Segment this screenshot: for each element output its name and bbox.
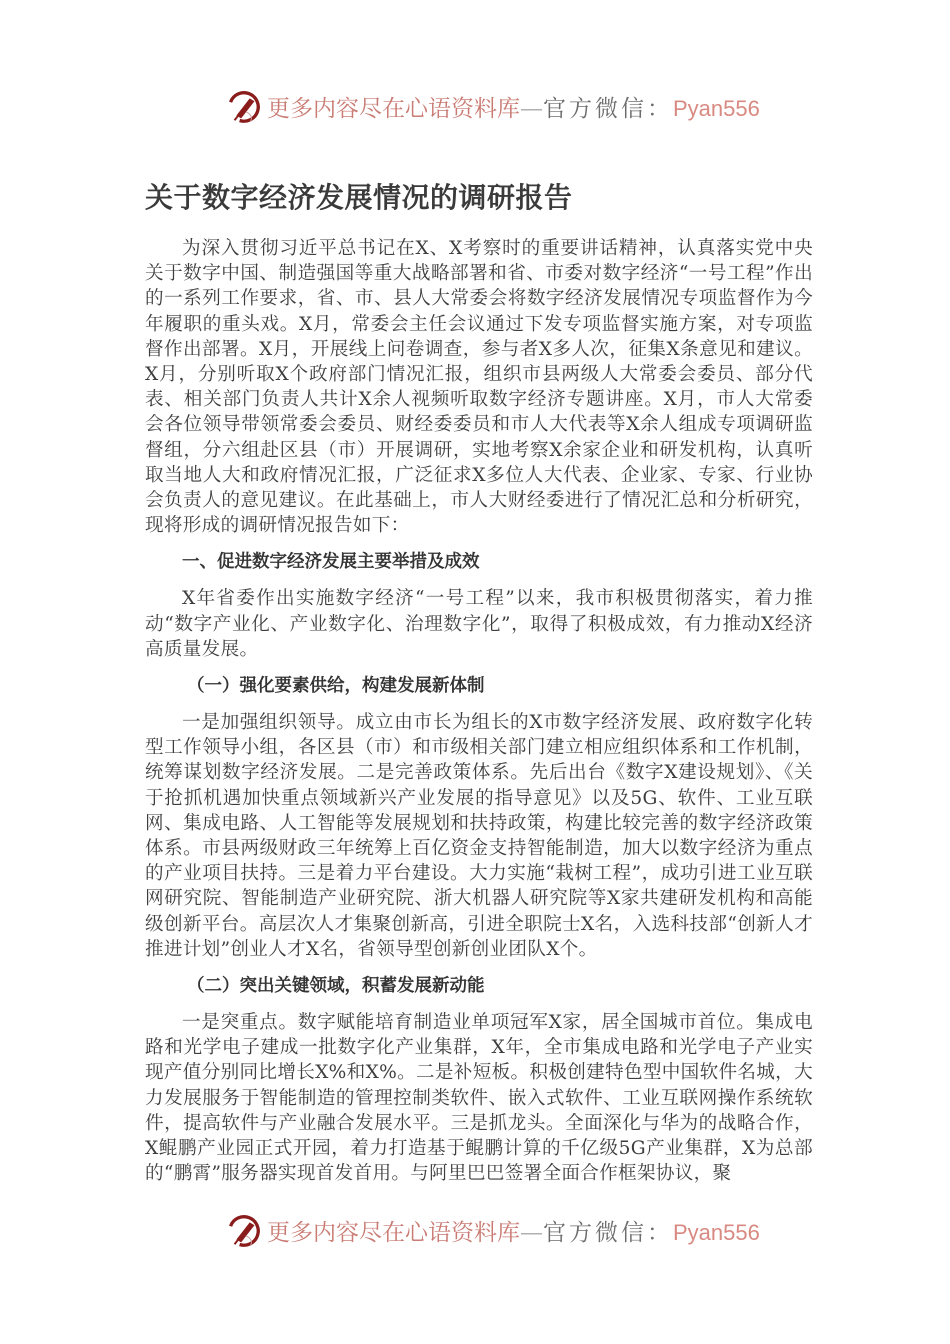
- document-body: 为深入贯彻习近平总书记在X、X考察时的重要讲话精神，认真落实党中央关于数字中国、…: [145, 236, 813, 1187]
- quill-pen-logo-icon: [225, 1211, 263, 1249]
- brand-text: 更多内容尽在心语资料库: [267, 96, 520, 122]
- subsection-heading-1: （一）强化要素供给，构建发展新体制: [145, 674, 813, 699]
- subsection-paragraph-2: 一是突重点。数字赋能培育制造业单项冠军X家，居全国城市首位。集成电路和光学电子建…: [145, 1010, 813, 1186]
- wechat-label: 官方微信：: [543, 96, 673, 122]
- wechat-id: Pyan556: [673, 96, 760, 121]
- wechat-label: 官方微信：: [543, 1220, 673, 1246]
- header-watermark-banner: 更多内容尽在心语资料库—官方微信：Pyan556: [225, 84, 725, 128]
- footer-watermark-banner: 更多内容尽在心语资料库—官方微信：Pyan556: [225, 1208, 725, 1252]
- brand-text: 更多内容尽在心语资料库: [267, 1220, 520, 1246]
- subsection-heading-2: （二）突出关键领域，积蓄发展新动能: [145, 974, 813, 999]
- separator: —: [520, 96, 543, 122]
- separator: —: [520, 1220, 543, 1246]
- wechat-id: Pyan556: [673, 1220, 760, 1245]
- quill-pen-logo-icon: [225, 87, 263, 125]
- document-title: 关于数字经济发展情况的调研报告: [145, 176, 573, 216]
- section-heading-1: 一、促进数字经济发展主要举措及成效: [145, 550, 813, 575]
- section-paragraph-1: X年省委作出实施数字经济“一号工程”以来，我市积极贯彻落实，着力推动“数字产业化…: [145, 586, 813, 662]
- intro-paragraph: 为深入贯彻习近平总书记在X、X考察时的重要讲话精神，认真落实党中央关于数字中国、…: [145, 236, 813, 538]
- subsection-paragraph-1: 一是加强组织领导。成立由市长为组长的X市数字经济发展、政府数字化转型工作领导小组…: [145, 710, 813, 962]
